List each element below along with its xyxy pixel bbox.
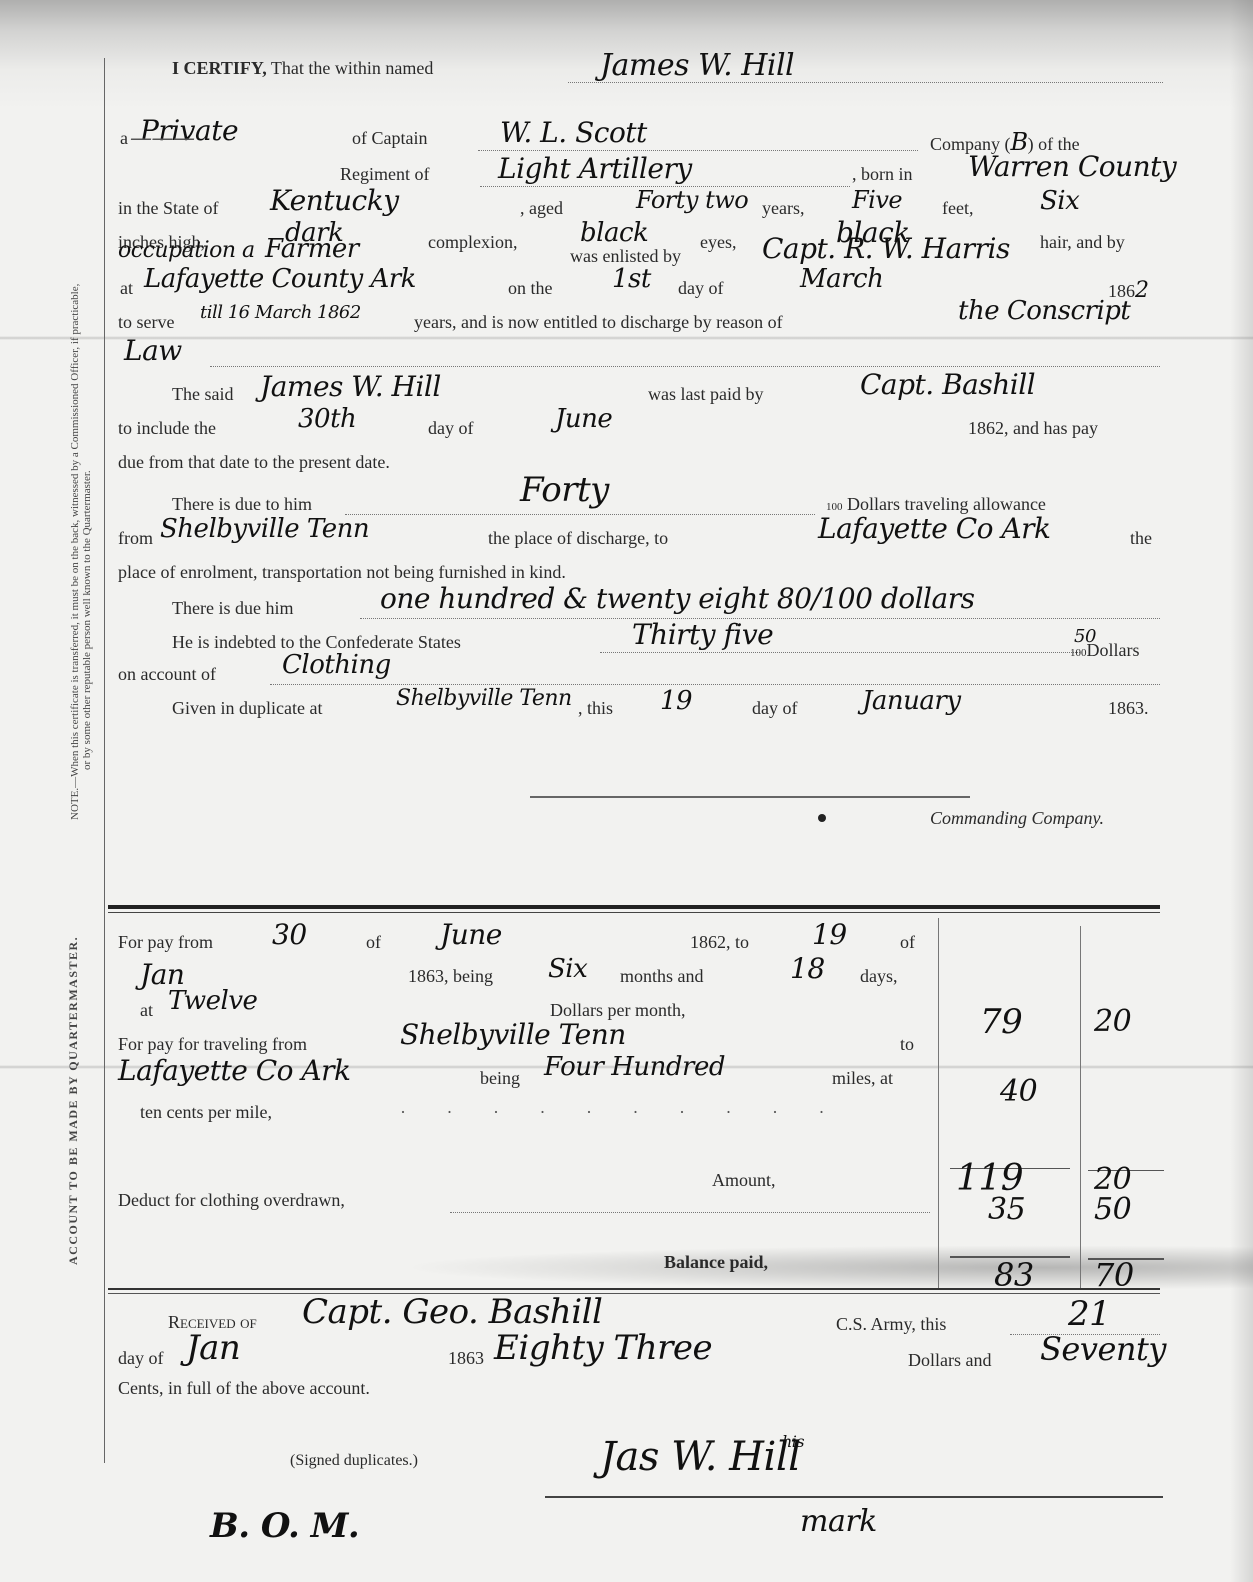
certify-label: I CERTIFY, xyxy=(172,58,267,78)
eyes: black xyxy=(580,218,648,248)
being-label: , being xyxy=(444,966,493,986)
amount-label: Amount, xyxy=(712,1170,776,1191)
rate: Twelve xyxy=(168,986,257,1016)
travel-label: For pay for traveling from xyxy=(118,1034,307,1055)
duplicate-year-prefix: 186 xyxy=(1108,698,1135,718)
this-label: , this xyxy=(578,698,613,719)
signature-mark: mark xyxy=(800,1504,877,1539)
paid-by-label: was last paid by xyxy=(648,384,763,405)
commanding-label: Commanding Company. xyxy=(930,808,1104,829)
duplicate-place: Shelbyville Tenn xyxy=(396,686,572,711)
account-of: Clothing xyxy=(282,650,391,680)
pay-from-year-suffix: 2 xyxy=(717,932,726,952)
born-in: Warren County xyxy=(968,150,1176,183)
allowance-blank xyxy=(345,514,815,515)
within-named-label: That the within named xyxy=(271,58,433,78)
deduct-dollars: 35 xyxy=(988,1192,1025,1227)
duplicate-year: 1863. xyxy=(1108,698,1149,719)
pay-cents: 20 xyxy=(1094,1004,1131,1039)
pay-to-year: 1863, being xyxy=(408,966,493,987)
serve-term: till 16 March 1862 xyxy=(200,302,361,323)
enlist-day-of-label: day of xyxy=(678,278,723,299)
travel-to-label: to xyxy=(900,1034,914,1055)
hair-label: hair, and by xyxy=(1040,232,1125,253)
captain-blank xyxy=(478,150,918,151)
due-him-label: There is due him xyxy=(172,598,293,619)
enlist-year-suffix: 2 xyxy=(1135,278,1149,303)
height-inches: Six xyxy=(1040,186,1079,216)
section-rule-thick xyxy=(108,905,1160,909)
indebted-cents-den: 100 xyxy=(1070,647,1087,659)
cents-label: Cents, in full of the above account. xyxy=(118,1378,370,1399)
last-paid-year-suffix: 2 xyxy=(995,418,1004,438)
left-margin-rule xyxy=(104,58,105,1463)
margin-note-line1: NOTE.—When this certificate is transferr… xyxy=(69,284,81,820)
receipt-day-of-label: day of xyxy=(118,1348,163,1369)
travel-miles: Four Hundred xyxy=(544,1052,725,1082)
document-page: NOTE.—When this certificate is transferr… xyxy=(0,0,1253,1582)
signature-line xyxy=(545,1496,1163,1498)
travel-dollars: 40 xyxy=(1000,1074,1037,1109)
last-paid-name: James W. Hill xyxy=(260,370,441,403)
soldier-name: James W. Hill xyxy=(600,48,794,83)
travel-from: Shelbyville Tenn xyxy=(400,1018,626,1051)
indebted-amount: Thirty five xyxy=(632,618,773,651)
signed-label: (Signed duplicates.) xyxy=(290,1452,418,1470)
allowance-amount: Forty xyxy=(520,470,609,510)
section-rule-thin xyxy=(108,912,1160,913)
pay-to-label: , to xyxy=(726,932,749,952)
pay-to-year-prefix: 186 xyxy=(408,966,435,986)
last-paid-year-line: 1862, and has pay xyxy=(968,418,1098,439)
indebted-dollars-line: 100Dollars xyxy=(1070,640,1140,661)
dollars-column-line xyxy=(938,918,939,1290)
occupation: Farmer xyxy=(265,234,359,264)
enlisted-by: Capt. R. W. Harris xyxy=(762,232,1010,265)
last-paid-year-prefix: 186 xyxy=(968,418,995,438)
serve-label: to serve xyxy=(118,312,174,333)
allowance-dollars-label: Dollars traveling allowance xyxy=(847,494,1046,514)
days-label: days, xyxy=(860,966,898,987)
pay-of-label: of xyxy=(366,932,381,953)
receipt-rule-1 xyxy=(108,1288,1160,1290)
receipt-year-suffix: 3 xyxy=(475,1348,484,1368)
commanding-signature-line xyxy=(530,796,970,798)
born-in-label: , born in xyxy=(852,164,913,185)
days: 18 xyxy=(790,952,825,985)
height-feet: Five xyxy=(852,186,902,214)
pay-from-day: 30 xyxy=(272,918,307,951)
aged-label: , aged xyxy=(520,198,563,219)
miles-label: miles, at xyxy=(832,1068,893,1089)
from-place: Shelbyville Tenn xyxy=(160,514,369,544)
said-label: The said xyxy=(172,384,233,405)
paper-fold xyxy=(0,336,1253,340)
years-label: years, xyxy=(762,198,804,219)
army-label: C.S. Army, this xyxy=(836,1314,946,1335)
travel-being-label: being xyxy=(480,1068,520,1089)
from-label: from xyxy=(118,528,153,549)
months: Six xyxy=(548,954,587,984)
state: Kentucky xyxy=(270,184,399,217)
pay-dollars: 79 xyxy=(980,1002,1022,1042)
account-header: ACCOUNT TO BE MADE BY QUARTERMASTER. xyxy=(66,936,81,1265)
receipt-rule-2 xyxy=(108,1293,1160,1294)
deduct-blank xyxy=(450,1212,930,1213)
certify-line: I CERTIFY, That the within named xyxy=(172,58,433,79)
enlist-month: March xyxy=(800,264,883,294)
deduct-label: Deduct for clothing overdrawn, xyxy=(118,1190,345,1211)
receipt-year: 1863 xyxy=(448,1348,484,1369)
leader-dots: · · · · · · · · · · xyxy=(400,1102,842,1123)
duplicate-year-suffix: 3 xyxy=(1135,698,1144,718)
occupation-label: occupation a xyxy=(118,238,255,263)
rate-label: ten cents per mile, xyxy=(140,1102,272,1123)
due-from-label: due from that date to the present date. xyxy=(118,452,390,473)
received-from: Capt. Geo. Bashill xyxy=(302,1292,602,1332)
balance-label: Balance paid, xyxy=(664,1252,768,1273)
enlist-day: 1st xyxy=(612,264,651,294)
rate-at-label: at xyxy=(140,1000,153,1021)
discharge-place-label: the place of discharge, to xyxy=(488,528,668,549)
paid-by: Capt. Bashill xyxy=(860,368,1035,401)
captain-name: W. L. Scott xyxy=(500,116,647,149)
the-label: the xyxy=(1130,528,1152,549)
allowance-due-label: There is due to him xyxy=(172,494,312,515)
regiment: Light Artillery xyxy=(498,152,692,185)
pay-from-year-prefix: 186 xyxy=(690,932,717,952)
margin-note-line2: or by some other reputable person well k… xyxy=(81,470,93,770)
pay-due-label: , and has pay xyxy=(1004,418,1098,438)
complexion-label: complexion, xyxy=(428,232,517,253)
receipt-day: 21 xyxy=(1068,1294,1110,1334)
years-suffix-label: years, and is now entitled to discharge … xyxy=(414,312,783,333)
of-captain-label: of Captain xyxy=(352,128,427,149)
pay-to-year-suffix: 3 xyxy=(435,966,444,986)
feet-label: feet, xyxy=(942,198,973,219)
deduct-cents: 50 xyxy=(1094,1192,1131,1227)
indebted-dollars-label: Dollars xyxy=(1087,640,1140,660)
last-paid-day-of-label: day of xyxy=(428,418,473,439)
a-label: a xyxy=(120,128,128,149)
to-place: Lafayette Co Ark xyxy=(818,512,1050,545)
regiment-blank-mark: ——— xyxy=(130,126,195,151)
signature-his: his xyxy=(782,1432,804,1451)
duplicate-day-of-label: day of xyxy=(752,698,797,719)
discharge-reason-cont: Law xyxy=(124,334,182,367)
last-paid-day: 30th xyxy=(298,404,356,434)
duplicate-label: Given in duplicate at xyxy=(172,698,322,719)
at-label: at xyxy=(120,278,133,299)
on-the-label: on the xyxy=(508,278,553,299)
pay-from-month: June xyxy=(440,918,502,951)
last-paid-month: June xyxy=(555,404,612,434)
cents-words: Seventy xyxy=(1040,1330,1166,1368)
indebted-blank xyxy=(600,652,1080,653)
receipt-year-prefix: 186 xyxy=(448,1348,475,1368)
enlist-place: Lafayette County Ark xyxy=(144,264,416,294)
discharge-reason: the Conscript xyxy=(958,296,1130,326)
dollars-words: Eighty Three xyxy=(494,1328,712,1368)
dollars-and-label: Dollars and xyxy=(908,1350,991,1371)
pay-of-label-2: of xyxy=(900,932,915,953)
age: Forty two xyxy=(636,186,748,214)
signature: Jas W. Hill xyxy=(600,1434,800,1480)
regiment-label: Regiment of xyxy=(340,164,429,185)
include-label: to include the xyxy=(118,418,216,439)
account-of-blank xyxy=(270,684,1160,685)
pay-from-label: For pay from xyxy=(118,932,213,953)
pay-to-day: 19 xyxy=(812,918,847,951)
account-of-label: on account of xyxy=(118,664,216,685)
state-label: in the State of xyxy=(118,198,218,219)
pay-from-year: 1862, to xyxy=(690,932,749,953)
months-label: months and xyxy=(620,966,704,987)
cents-column-line xyxy=(1080,926,1081,1290)
duplicate-day: 19 xyxy=(660,686,692,716)
witness-initials: B. O. M. xyxy=(210,1506,359,1546)
reason-blank xyxy=(210,366,1160,367)
ink-dot xyxy=(818,814,826,822)
travel-to: Lafayette Co Ark xyxy=(118,1054,350,1087)
duplicate-month: January xyxy=(862,686,961,716)
eyes-label: eyes, xyxy=(700,232,736,253)
receipt-month: Jan xyxy=(186,1328,240,1368)
enrolment-label: place of enrolment, transportation not b… xyxy=(118,562,566,583)
due-amount: one hundred & twenty eight 80/100 dollar… xyxy=(380,582,974,615)
